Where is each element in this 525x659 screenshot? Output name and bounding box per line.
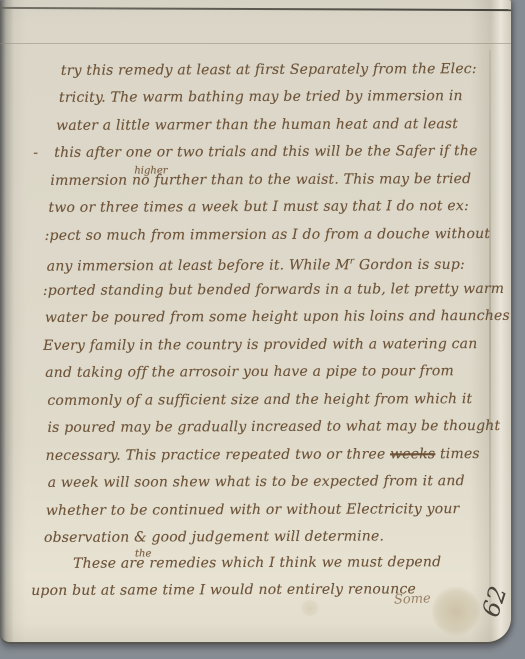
line-text: times [435, 446, 480, 462]
manuscript-line: :ported standing but bended forwards in … [43, 279, 504, 301]
line-text: water a little warmer than the human hea… [56, 116, 458, 134]
manuscript-line: water a little warmer than the human hea… [56, 114, 458, 136]
text-layer: try this remedy at least at first Separa… [0, 0, 512, 643]
line-text: try this remedy at least at first Separa… [61, 61, 477, 79]
manuscript-line: two or three times a week but I must say… [48, 196, 468, 218]
line-text: is poured may be gradually increased to … [47, 418, 500, 436]
line-text: commonly of a sufficient size and the he… [47, 391, 472, 409]
manuscript-line: whether to be continued with or without … [46, 499, 460, 521]
manuscript-line: a week will soon shew what is to be expe… [48, 471, 465, 493]
manuscript-line: :pect so much from immersion as I do fro… [45, 224, 491, 246]
scanned-letter-frame: try this remedy at least at first Separa… [0, 0, 525, 659]
line-text: :ported standing but bended forwards in … [43, 281, 504, 299]
line-text: whether to be continued with or without … [46, 501, 460, 519]
line-text: and taking off the arrosoir you have a p… [45, 363, 454, 381]
manuscript-line: immersion no further than to the waist. … [50, 169, 471, 191]
manuscript-line: tricity. The warm bathing may be tried b… [59, 86, 463, 108]
manuscript-line: any immersion at least before it. While … [47, 251, 465, 276]
manuscript-line: observation & good judgement will determ… [44, 526, 384, 547]
manuscript-line: is poured may be gradually increased to … [47, 416, 500, 438]
line-text: a week will soon shew what is to be expe… [48, 473, 465, 491]
manuscript-line: Every family in the country is provided … [43, 334, 477, 356]
line-text: necessary. This practice repeated two or… [46, 446, 391, 464]
line-text: Gordon is sup: [354, 257, 465, 273]
manuscript-page: try this remedy at least at first Separa… [0, 0, 511, 642]
struck-word: weeks [390, 446, 435, 462]
manuscript-line: and taking off the arrosoir you have a p… [45, 361, 454, 383]
line-text: tricity. The warm bathing may be tried b… [59, 88, 463, 106]
line-text: observation & good judgement will determ… [44, 528, 384, 545]
line-text: - [33, 145, 38, 161]
interlinear-insertion: the [135, 544, 151, 564]
manuscript-line: water be poured from some height upon hi… [45, 306, 510, 328]
catchword: Some [394, 591, 431, 607]
interlinear-insertion: higher [134, 161, 167, 181]
line-text: Every family in the country is provided … [43, 336, 477, 354]
line-text: These are remedies which I think we must… [73, 554, 441, 572]
manuscript-line: These are remedies which I think we must… [73, 552, 441, 574]
line-text: two or three times a week but I must say… [48, 198, 468, 216]
manuscript-line: commonly of a sufficient size and the he… [47, 389, 472, 411]
line-text: water be poured from some height upon hi… [45, 308, 510, 326]
line-text: upon but at same time I would not entire… [31, 581, 416, 599]
manuscript-line: try this remedy at least at first Separa… [61, 59, 477, 81]
line-text: :pect so much from immersion as I do fro… [45, 226, 491, 244]
manuscript-line: - [33, 143, 38, 163]
manuscript-line: this after one or two trials and this wi… [54, 141, 477, 163]
line-text: this after one or two trials and this wi… [54, 143, 477, 161]
line-text: any immersion at least before it. While … [47, 257, 350, 274]
manuscript-line: upon but at same time I would not entire… [31, 579, 416, 601]
manuscript-line: necessary. This practice repeated two or… [46, 444, 480, 466]
line-text: immersion no further than to the waist. … [50, 171, 471, 189]
